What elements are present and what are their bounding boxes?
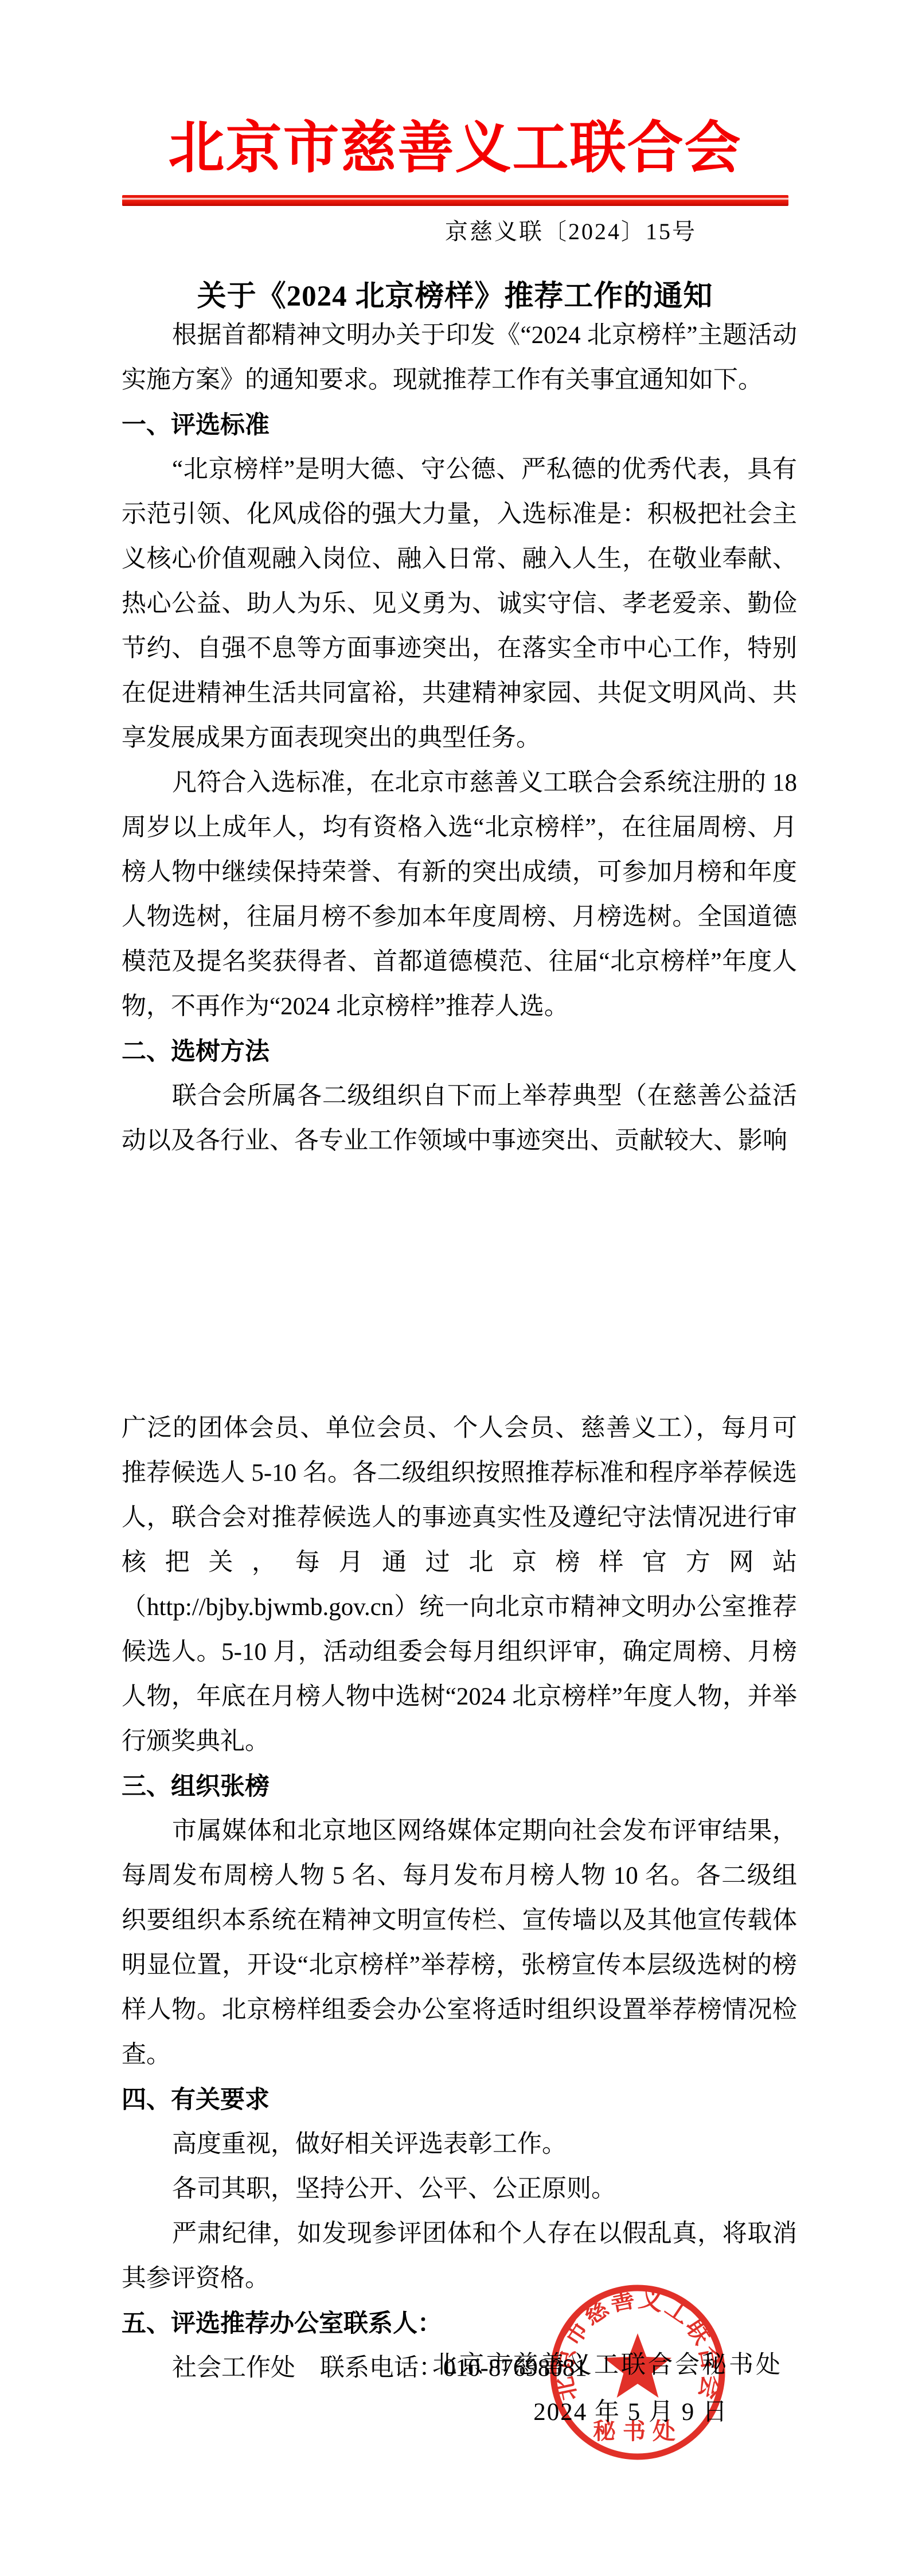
letterhead-org-name: 北京市慈善义工联合会 xyxy=(0,111,910,186)
body-paragraph: 联合会所属各二级组织自下而上举荐典型（在慈善公益活动以及各行业、各专业工作领域中… xyxy=(122,1074,797,1164)
page2-body: 广泛的团体会员、单位会员、个人会员、慈善义工），每月可推荐候选人 5-10 名。… xyxy=(122,1406,797,2391)
notice-title: 关于《2024 北京榜样》推荐工作的通知 xyxy=(0,272,910,314)
seal-star-icon xyxy=(604,2333,671,2398)
section-heading: 二、选树方法 xyxy=(122,1029,797,1074)
body-paragraph: “北京榜样”是明大德、守公德、严私德的优秀代表，具有示范引领、化风成俗的强大力量… xyxy=(122,448,797,761)
section-heading: 一、评选标准 xyxy=(122,403,797,448)
page1-body: 根据首都精神文明办关于印发《“2024 北京榜样”主题活动实施方案》的通知要求。… xyxy=(122,313,797,1164)
seal-bottom-text: 秘书处 xyxy=(593,2418,682,2444)
body-paragraph: 广泛的团体会员、单位会员、个人会员、慈善义工），每月可推荐候选人 5-10 名。… xyxy=(122,1406,797,1764)
body-paragraph: 各司其职，坚持公开、公平、公正原则。 xyxy=(122,2167,797,2212)
document-page: 北京市慈善义工联合会 京慈义联〔2024〕15号 关于《2024 北京榜样》推荐… xyxy=(0,0,910,2576)
body-paragraph: 凡符合入选标准，在北京市慈善义工联合会系统注册的 18 周岁以上成年人，均有资格… xyxy=(122,761,797,1029)
section-heading: 四、有关要求 xyxy=(122,2077,797,2122)
doc-number: 京慈义联〔2024〕15号 xyxy=(445,213,697,246)
official-seal-stamp: 北京市慈善义工联合会 秘书处 xyxy=(546,2281,729,2464)
body-paragraph: 市属媒体和北京地区网络媒体定期向社会发布评审结果，每周发布周榜人物 5 名、每月… xyxy=(122,1809,797,2077)
letterhead-red-rule xyxy=(122,195,788,206)
section-heading: 三、组织张榜 xyxy=(122,1764,797,1809)
body-paragraph: 高度重视，做好相关评选表彰工作。 xyxy=(122,2122,797,2167)
body-paragraph: 根据首都精神文明办关于印发《“2024 北京榜样”主题活动实施方案》的通知要求。… xyxy=(122,313,797,403)
